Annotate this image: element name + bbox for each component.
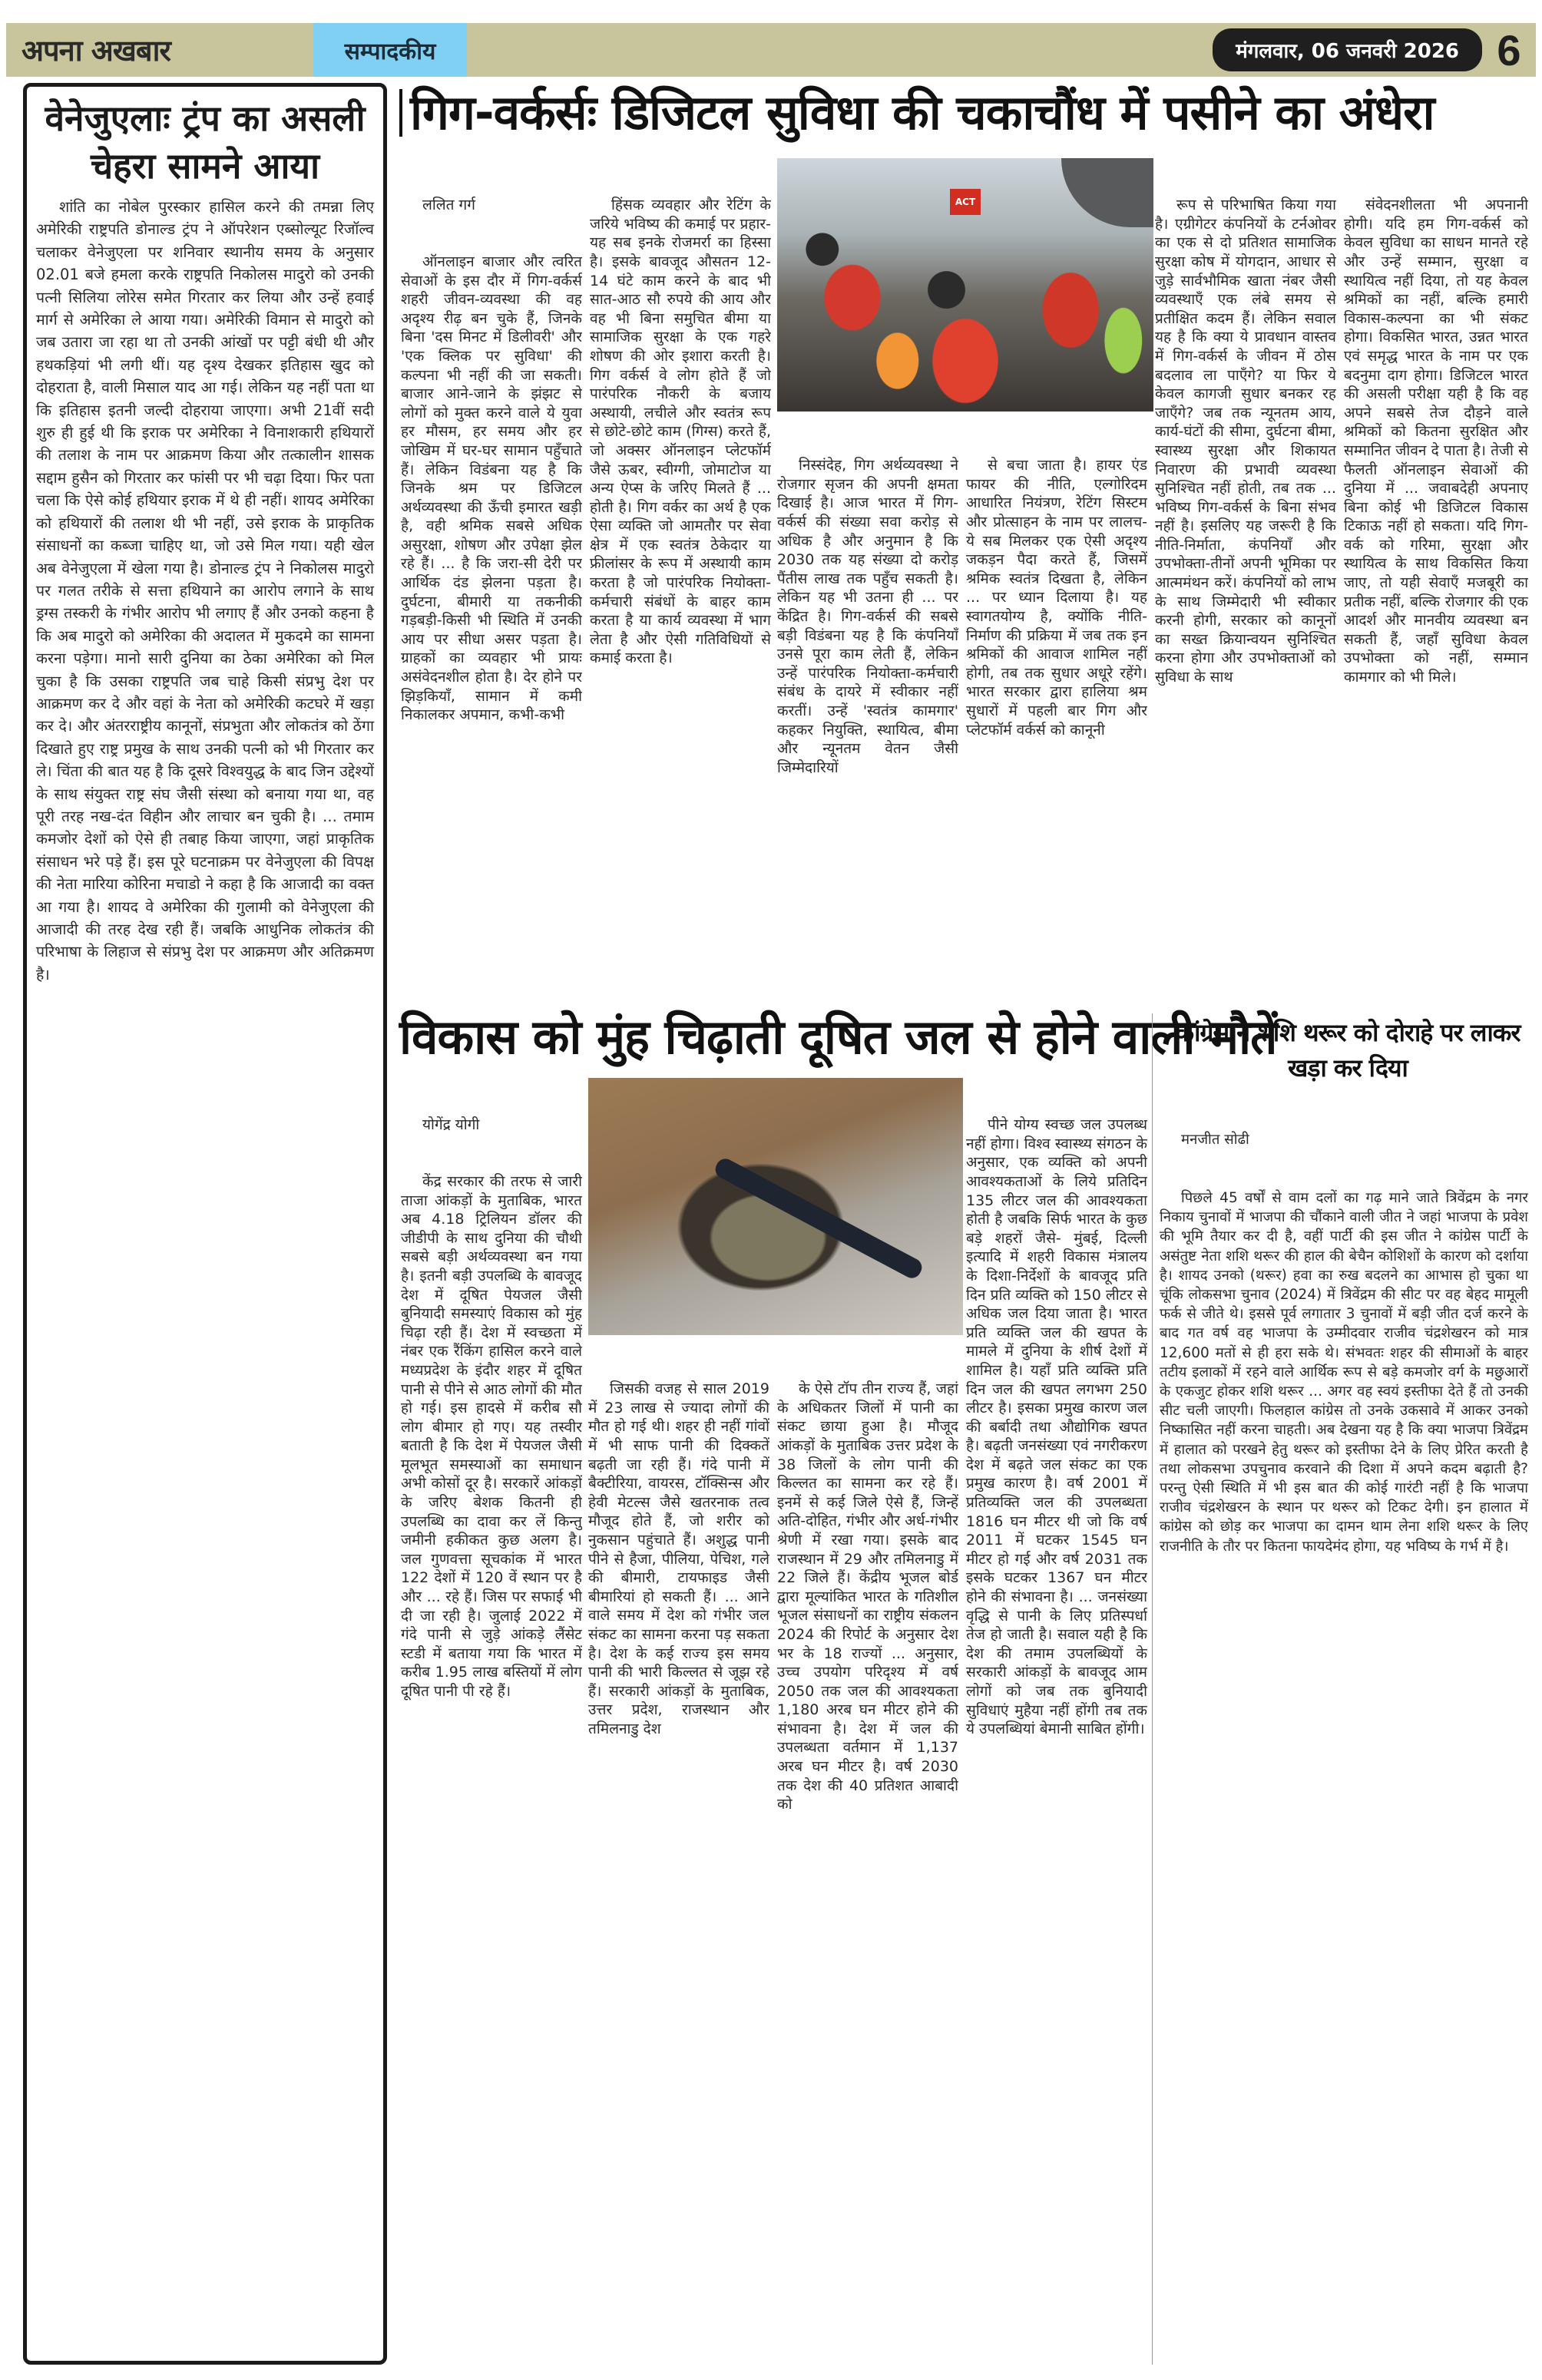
congress-article-body: मनजीत सोढी पिछले 45 वर्षों से वाम दलों क…	[1160, 1092, 1528, 2365]
congress-headline: कांग्रेस ने शशि थरूर को दोराहे पर लाकर ख…	[1160, 1015, 1536, 1086]
gig-column-6: संवेदनशीलता भी अपनानी होगी। यदि हम गिग-व…	[1344, 158, 1528, 999]
column-divider	[1152, 1013, 1153, 2365]
gig-column-2: हिंसक व्यवहार और रेटिंग के जरिये भविष्य …	[590, 158, 771, 999]
water-column-4-text: पीने योग्य स्वच्छ जल उपलब्ध नहीं होगा। व…	[966, 1116, 1147, 1739]
section-tab[interactable]: सम्पादकीय	[313, 23, 467, 77]
gig-column-5-text: रूप से परिभाषित किया गया है। एग्रीगेटर क…	[1155, 196, 1336, 686]
contaminated-water-photo	[588, 1078, 963, 1335]
gig-column-3: निस्संदेह, गिग अर्थव्यवस्था ने रोजगार सृ…	[777, 418, 958, 999]
gig-headline: गिग-वर्कर्सः डिजिटल सुविधा की चकाचौंध मे…	[399, 89, 1434, 137]
gig-column-1: ललित गर्ग ऑनलाइन बाजार और त्वरित सेवाओं …	[401, 158, 582, 999]
congress-byline: मनजीत सोढी	[1160, 1130, 1528, 1149]
water-column-1-text: केंद्र सरकार की तरफ से जारी ताजा आंकड़ों…	[401, 1172, 582, 1701]
water-column-2-text: जिसकी वजह से साल 2019 में 23 लाख से ज्या…	[588, 1380, 769, 1738]
water-column-3: के ऐसे टॉप तीन राज्य हैं, जहां के अधिकतर…	[777, 1342, 958, 2365]
venezuela-article: वेनेजुएलाः ट्रंप का असली चेहरा सामने आया…	[23, 83, 387, 2365]
gig-column-2-text: हिंसक व्यवहार और रेटिंग के जरिये भविष्य …	[590, 196, 771, 668]
water-column-1: योगेंद्र योगी केंद्र सरकार की तरफ से जार…	[401, 1078, 582, 2365]
water-headline: विकास को मुंह चिढ़ाती दूषित जल से होने व…	[399, 1013, 1276, 1061]
venezuela-body: शांति का नोबेल पुरस्कार हासिल करने की तम…	[36, 196, 374, 986]
water-column-4: पीने योग्य स्वच्छ जल उपलब्ध नहीं होगा। व…	[966, 1078, 1147, 2365]
gig-column-1-text: ऑनलाइन बाजार और त्वरित सेवाओं के इस दौर …	[401, 253, 582, 725]
page-number: 6	[1482, 25, 1536, 75]
water-byline: योगेंद्र योगी	[401, 1116, 582, 1135]
gig-column-4-text: से बचा जाता है। हायर एंड फायर की नीति, ए…	[966, 456, 1147, 739]
flyover-shape	[1061, 158, 1153, 227]
pipe-shape	[712, 1155, 925, 1281]
masthead: अपना अखबार सम्पादकीय मंगलवार, 06 जनवरी 2…	[6, 23, 1536, 77]
congress-body-text: पिछले 45 वर्षों से वाम दलों का गढ़ माने …	[1160, 1188, 1528, 1556]
gig-column-4: से बचा जाता है। हायर एंड फायर की नीति, ए…	[966, 418, 1147, 999]
gig-column-6-text: संवेदनशीलता भी अपनानी होगी। यदि हम गिग-व…	[1344, 196, 1528, 686]
water-column-2: जिसकी वजह से साल 2019 में 23 लाख से ज्या…	[588, 1342, 769, 2365]
issue-date: मंगलवार, 06 जनवरी 2026	[1213, 28, 1482, 71]
newspaper-name: अपना अखबार	[22, 30, 298, 70]
gig-column-3-text: निस्संदेह, गिग अर्थव्यवस्था ने रोजगार सृ…	[777, 456, 958, 777]
water-column-3-text: के ऐसे टॉप तीन राज्य हैं, जहां के अधिकतर…	[777, 1380, 958, 1814]
gig-column-5: रूप से परिभाषित किया गया है। एग्रीगेटर क…	[1155, 158, 1336, 999]
venezuela-headline: वेनेजुएलाः ट्रंप का असली चेहरा सामने आया	[36, 94, 374, 190]
gig-byline: ललित गर्ग	[401, 196, 582, 215]
gig-workers-photo: ACT	[777, 158, 1153, 412]
photo-sign: ACT	[950, 189, 981, 215]
